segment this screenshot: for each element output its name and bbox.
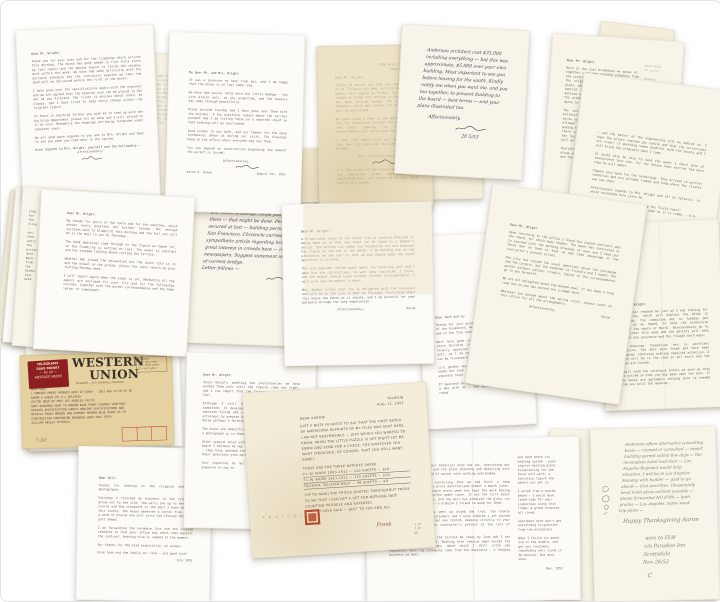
letter-date: Nov. 1953	[518, 567, 562, 572]
signature: Frank	[376, 520, 392, 529]
letter-date: July 1951	[97, 557, 192, 563]
signer-name: Aaron G. Green	[187, 170, 212, 175]
pencil-doodle	[600, 485, 612, 515]
letter-tail: Give Jean and the family our love — and …	[97, 551, 192, 557]
signer-name: Aaron	[601, 315, 611, 320]
red-square-logo-icon	[304, 509, 320, 525]
letter-body: Thank you for your note and for the clip…	[32, 55, 145, 145]
letter-date: 20 5/53	[461, 134, 507, 143]
handwritten-body: Anderson offers alternative consulting b…	[619, 440, 705, 514]
handwritten-body: Anderson architect cost $35,000 includin…	[417, 47, 515, 114]
telegram-message: LA47 SSD= L.PHOENIX MOKES PHOENIX ARIZ 2…	[31, 384, 168, 425]
letter-body: Upon returning to the office I found the…	[500, 230, 620, 313]
salutation: My dear Mr. and Mrs. Wright:	[189, 71, 288, 78]
handwritten-body: (UP TO NOW) THE PRICES QUOTED THROUGHOUT…	[304, 486, 412, 515]
mark: C	[647, 570, 704, 578]
closing: Affectionately,	[337, 307, 364, 312]
document-letter-a: Dear Mr. Wright: Thank you for your note…	[15, 24, 160, 204]
letter-body: Your letter reached me just as I was lea…	[618, 308, 711, 388]
signer-name: Aaron	[406, 306, 415, 310]
letter-body: — and the matter of the engineering will…	[590, 131, 707, 208]
charges-grid	[122, 426, 167, 441]
telegram-promo-badge: TELEGRAMS SAVE MONEY — for all — MESSAGE…	[28, 359, 70, 389]
pencil-figures: 1 20 3 15 48	[414, 522, 421, 535]
document-letter-e: Anderson architect cost $35,000 includin…	[394, 24, 530, 180]
closing: Affectionately,	[428, 114, 508, 125]
signature-scribble	[81, 155, 103, 162]
symbols-box: SYMBOLS DL = Day Letter NL = Night Lette…	[136, 356, 167, 372]
pencil-note: 7:30	[35, 438, 47, 444]
closing: Affectionately,	[529, 305, 556, 313]
letter-side-column: and send there its heating system — paid…	[517, 455, 562, 562]
document-taliesin-letter: TALIESIN AUG. 21, 1951 DEAR AARON! JUST …	[242, 382, 436, 559]
document-letter-i: Dear Mr. Wright: A blueprinted index to …	[282, 202, 435, 367]
signature-scribble	[454, 124, 486, 134]
salutation: Dear Bill:	[99, 476, 194, 482]
document-letter-k: Dear Mr. Wright: Upon returning to the o…	[465, 183, 648, 405]
signature-scribble	[235, 164, 260, 170]
letter-body: It was a pleasure to hear from you, and …	[187, 78, 288, 157]
document-pencil-draft: Anderson offers alternative consulting b…	[590, 425, 720, 602]
document-letter-leftfront: Dear Mr. Wright: My thanks for yours of …	[33, 189, 195, 357]
handwritten-body: JUST A NOTE IN HASTE TO SAY THAT THE FIR…	[300, 417, 409, 463]
salutation: Dear Mr. Wright:	[203, 373, 300, 379]
document-telegram: TELEGRAMS SAVE MONEY — for all — MESSAGE…	[20, 351, 174, 449]
letter-date: August 1st, 1951	[257, 172, 286, 177]
letters-archive-photo: and the prints will go forward by air ma…	[0, 0, 720, 602]
overlapping-tinted-sheet	[303, 203, 432, 295]
wire-address: wire to FLW c/o Paradise Inn Scottsdale …	[642, 533, 704, 567]
letter-body: My thanks for yours of the tenth and for…	[63, 219, 178, 297]
thanksgiving-line: Happy Thanksgiving Aaron	[623, 516, 703, 525]
letter-body: Thanks for sending on the clipping and t…	[98, 483, 194, 549]
document-letter-c: My dear Mr. and Mrs. Wright: It was a pl…	[165, 31, 306, 214]
